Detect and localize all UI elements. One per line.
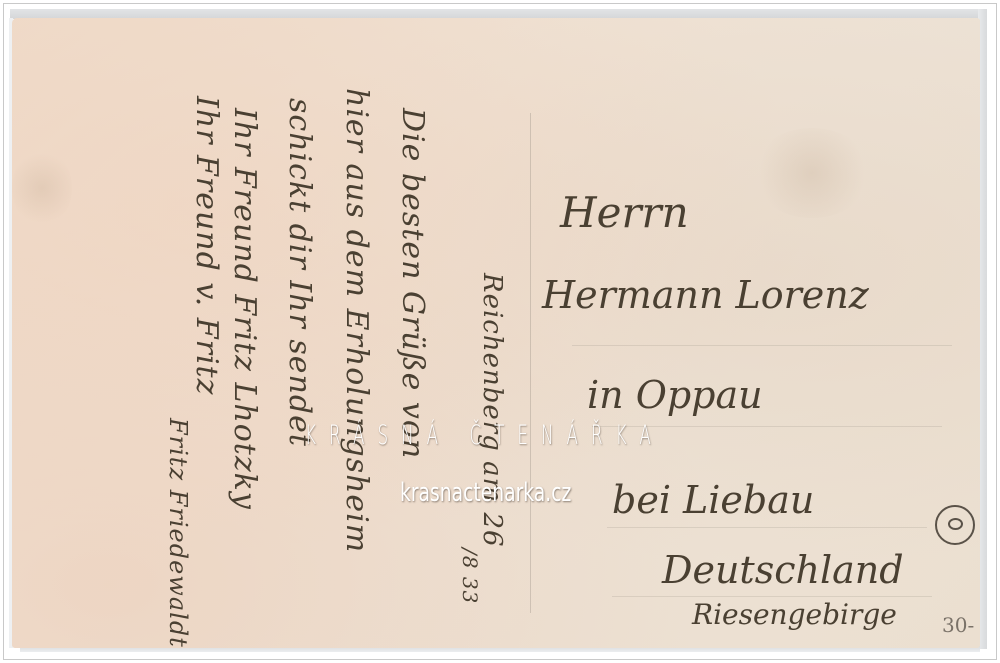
watermark-url: krasnactenarka.cz bbox=[400, 478, 571, 508]
address-guide-line bbox=[607, 527, 927, 528]
address-region: Riesengebirge bbox=[692, 598, 897, 631]
pencil-note-number: 30- bbox=[942, 613, 974, 637]
address-salutation: Herrn bbox=[560, 188, 689, 237]
paper-stain bbox=[752, 128, 872, 218]
message-line-3: schickt dir Ihr sendet bbox=[282, 98, 317, 447]
message-line-4: Ihr Freund Fritz Lhotzky bbox=[227, 108, 262, 510]
date-year: /8 33 bbox=[458, 548, 482, 604]
address-guide-line bbox=[572, 345, 952, 346]
address-name: Hermann Lorenz bbox=[542, 273, 869, 317]
address-country: Deutschland bbox=[662, 548, 904, 592]
message-address-divider bbox=[530, 113, 531, 613]
address-locality: bei Liebau bbox=[612, 478, 814, 522]
message-line-5: Ihr Freund v. Fritz bbox=[189, 96, 224, 395]
pencil-circle-mark bbox=[935, 505, 975, 545]
signature: Fritz Friedewaldt bbox=[164, 418, 192, 648]
postcard-back: Die besten Grüße von hier aus dem Erholu… bbox=[12, 18, 980, 648]
message-line-2: hier aus dem Erholungsheim bbox=[339, 88, 374, 553]
watermark-title: KRÁSNÁ ČTENÁŘKA bbox=[305, 420, 547, 451]
address-guide-line bbox=[612, 596, 932, 597]
message-line-1: Die besten Grüße von bbox=[395, 108, 430, 459]
address-city: in Oppau bbox=[587, 373, 763, 417]
paper-stain bbox=[12, 148, 72, 228]
